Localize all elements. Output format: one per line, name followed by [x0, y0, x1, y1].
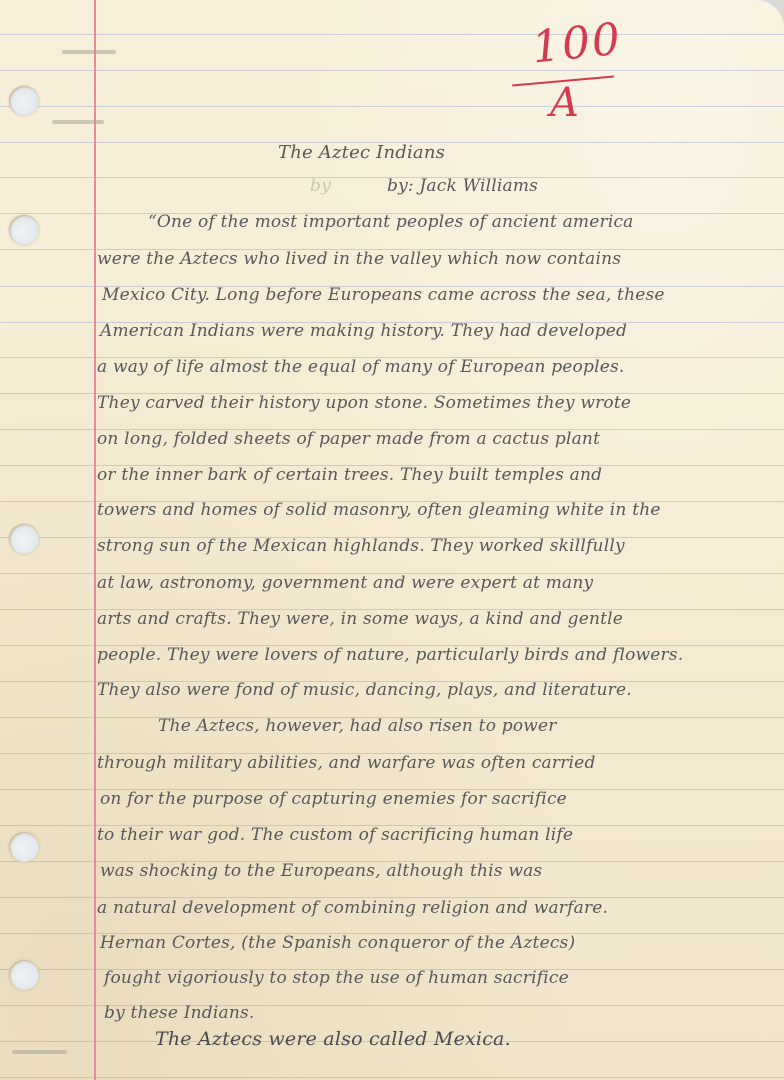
rule-line [0, 70, 784, 71]
text-line: The Aztecs were also called Mexica. [155, 1028, 511, 1050]
text-line: fought vigoriously to stop the use of hu… [104, 968, 569, 988]
text-line: on for the purpose of capturing enemies … [100, 789, 567, 809]
text-line: or the inner bark of certain trees. They… [97, 465, 602, 485]
text-line: Hernan Cortes, (the Spanish conqueror of… [100, 933, 575, 953]
text-line: American Indians were making history. Th… [100, 321, 627, 341]
text-line: a way of life almost the equal of many o… [97, 357, 625, 377]
text-line: at law, astronomy, government and were e… [97, 573, 593, 593]
text-line: Mexico City. Long before Europeans came … [102, 285, 665, 305]
text-line: were the Aztecs who lived in the valley … [97, 249, 621, 269]
punch-hole [9, 960, 39, 990]
byline: by: Jack Williams [387, 176, 538, 196]
text-line: They also were fond of music, dancing, p… [97, 680, 632, 700]
byline-faded: by [310, 176, 331, 196]
text-line: arts and crafts. They were, in some ways… [97, 609, 623, 629]
text-line: through military abilities, and warfare … [97, 753, 596, 773]
punch-hole [9, 86, 39, 116]
punch-hole [9, 832, 39, 862]
text-line: The Aztecs, however, had also risen to p… [158, 716, 557, 736]
text-line: to their war god. The custom of sacrific… [97, 825, 573, 845]
text-line: a natural development of combining relig… [97, 898, 608, 918]
text-line: was shocking to the Europeans, although … [100, 861, 542, 881]
punch-hole [9, 524, 39, 554]
text-line: on long, folded sheets of paper made fro… [97, 429, 600, 449]
text-line: “One of the most important peoples of an… [148, 212, 634, 232]
staple-mark [52, 120, 104, 124]
margin-line [94, 0, 96, 1080]
grade-letter: A [550, 80, 579, 126]
grade-score: 100 [530, 13, 625, 73]
text-line: towers and homes of solid masonry, often… [97, 500, 661, 520]
essay-title: The Aztec Indians [278, 142, 445, 163]
grade-mark: 100 A [510, 18, 640, 133]
rule-line [0, 106, 784, 107]
notebook-page: 100 A The Aztec Indians by by: Jack Will… [0, 0, 784, 1080]
text-line: by these Indians. [104, 1003, 255, 1023]
punch-hole [9, 215, 39, 245]
text-line: They carved their history upon stone. So… [97, 393, 631, 413]
rule-line [0, 1077, 784, 1078]
rule-line [0, 34, 784, 35]
text-line: strong sun of the Mexican highlands. The… [97, 536, 625, 556]
text-line: people. They were lovers of nature, part… [97, 645, 683, 665]
staple-mark [62, 50, 116, 54]
staple-mark [12, 1050, 67, 1054]
